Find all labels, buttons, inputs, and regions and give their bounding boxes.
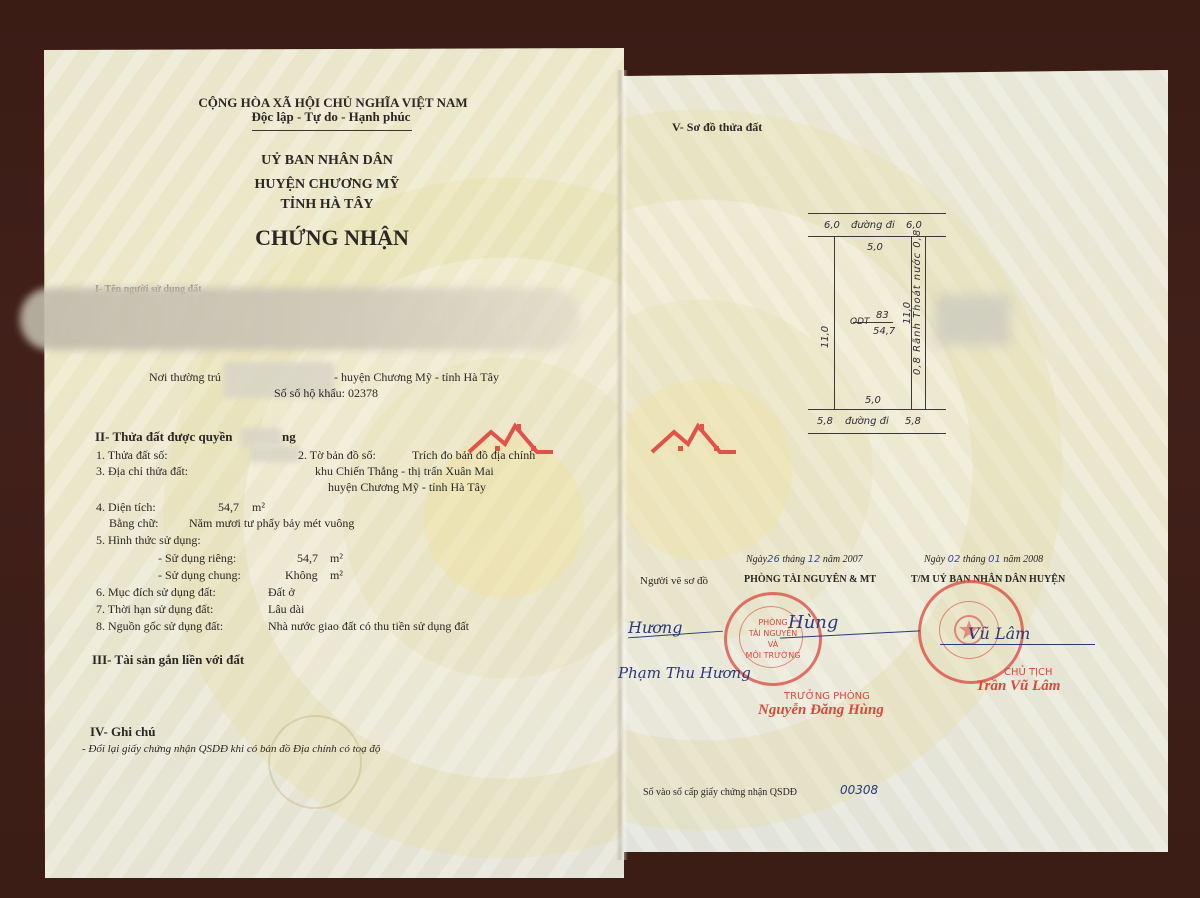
residence-label: Nơi thường trú: [149, 370, 221, 384]
bottom-road-label: đường đi: [845, 415, 889, 429]
motto: Độc lập - Tự do - Hạnh phúc: [252, 110, 411, 124]
section3-heading: III- Tài sản gắn liền với đất: [92, 653, 244, 667]
shared-use-label: - Sử dụng chung:: [158, 568, 241, 582]
republic-heading: CỘNG HÒA XÃ HỘI CHỦ NGHĨA VIỆT NAM: [198, 96, 467, 110]
district-heading: HUYỆN CHƯƠNG MỸ: [255, 178, 400, 192]
committee-heading: UỶ BAN NHÂN DÂN: [261, 154, 393, 168]
plot-top-width: 5,0: [867, 241, 883, 255]
redaction-band: [20, 288, 580, 350]
parcel-number: 83: [876, 309, 889, 323]
purpose-value: Đất ở: [268, 585, 295, 599]
dept-head-signature: Hùng: [788, 612, 838, 633]
bottom-road-left-width: 5,8: [817, 415, 833, 429]
section4-heading: IV- Ghi chú: [90, 725, 156, 739]
plot-diagram-heading: V- Sơ đồ thửa đất: [672, 120, 762, 134]
bottom-road-line-upper: [808, 409, 946, 410]
certificate-title: CHỨNG NHẬN: [255, 226, 409, 250]
registry-number: 00308: [840, 783, 878, 797]
shared-use-value: Không: [285, 568, 318, 582]
parcel-number-label: 1. Thửa đất số:: [96, 448, 168, 462]
plot-left-length: 11,0: [819, 326, 833, 348]
council-date: Ngày 02 tháng 01 năm 2008: [924, 553, 1043, 567]
embossed-seal-icon: [268, 715, 362, 809]
area-label: 4. Diện tích:: [96, 500, 156, 514]
drawer-label: Người vẽ sơ đồ: [640, 574, 708, 588]
section2-heading: II- Thửa đất được quyền: [95, 430, 232, 444]
plot-left-boundary: [834, 236, 835, 409]
certificate-right-page: [622, 70, 1168, 852]
drawer-name: Phạm Thu Hương: [618, 664, 751, 682]
bottom-road-right-width: 5,8: [905, 415, 921, 429]
address-value: khu Chiến Thắng - thị trấn Xuân Mai: [315, 464, 494, 478]
redaction-parcel: [250, 446, 300, 462]
household-book-number: Số sổ hộ khẩu: 02378: [274, 386, 378, 400]
province-heading: TỈNH HÀ TÂY: [280, 198, 373, 212]
private-use-label: - Sử dụng riêng:: [158, 551, 236, 565]
page-fold: [616, 70, 628, 860]
origin-value: Nhà nước giao đất có thu tiền sử dụng đấ…: [268, 619, 469, 633]
origin-label: 8. Nguồn gốc sử dụng đất:: [96, 619, 223, 633]
area-words-label: Bằng chữ:: [109, 516, 159, 530]
purpose-label: 6. Mục đích sử dụng đất:: [96, 585, 216, 599]
chairman-signature: Vũ Lâm: [968, 624, 1030, 643]
area-unit: m²: [252, 500, 265, 514]
term-value: Lâu dài: [268, 602, 304, 616]
dept-date: Ngày26 tháng 12 năm 2007: [746, 553, 863, 567]
chairman-signature-stroke: [940, 644, 1095, 645]
area-value: 54,7: [218, 500, 239, 514]
registry-label: Số vào sổ cấp giấy chứng nhận QSDĐ: [643, 786, 797, 800]
house-roof-logo-icon: [465, 420, 555, 454]
redaction-section2: [240, 428, 282, 446]
chairman-name: Trần Vũ Lâm: [976, 678, 1060, 695]
drain-label: 0,8 Rãnh Thoát nước 0,8: [911, 275, 925, 375]
plot-bottom-width: 5,0: [865, 394, 881, 408]
private-use-unit: m²: [330, 551, 343, 565]
land-use-code: ODT: [850, 315, 870, 329]
top-road-left-width: 6,0: [824, 219, 840, 233]
map-sheet-label: 2. Tờ bản đồ số:: [298, 448, 376, 462]
area-words-value: Năm mươi tư phẩy bảy mét vuông: [189, 516, 354, 530]
top-road-line-upper: [808, 213, 946, 214]
shared-use-unit: m²: [330, 568, 343, 582]
term-label: 7. Thời hạn sử dụng đất:: [96, 602, 213, 616]
residence-value: - huyện Chương Mỹ - tỉnh Hà Tây: [334, 370, 499, 384]
drain-boundary: [925, 236, 926, 409]
private-use-value: 54,7: [297, 551, 318, 565]
usage-form-label: 5. Hình thức sử dụng:: [96, 533, 201, 547]
header-divider: [252, 130, 412, 131]
address-label: 3. Địa chỉ thửa đất:: [96, 464, 188, 478]
bottom-road-line-lower: [808, 433, 946, 434]
dept-title: PHÒNG TÀI NGUYÊN & MT: [744, 573, 876, 587]
redaction-band-right: [935, 295, 1010, 345]
top-road-label: đường đi: [851, 219, 895, 233]
section2-heading-end: ng: [282, 430, 296, 444]
house-roof-logo-icon: [648, 420, 738, 454]
dept-head-name: Nguyễn Đăng Hùng: [758, 702, 884, 719]
address-value-line2: huyện Chương Mỹ - tỉnh Hà Tây: [328, 480, 486, 494]
parcel-area: 54,7: [873, 325, 895, 339]
